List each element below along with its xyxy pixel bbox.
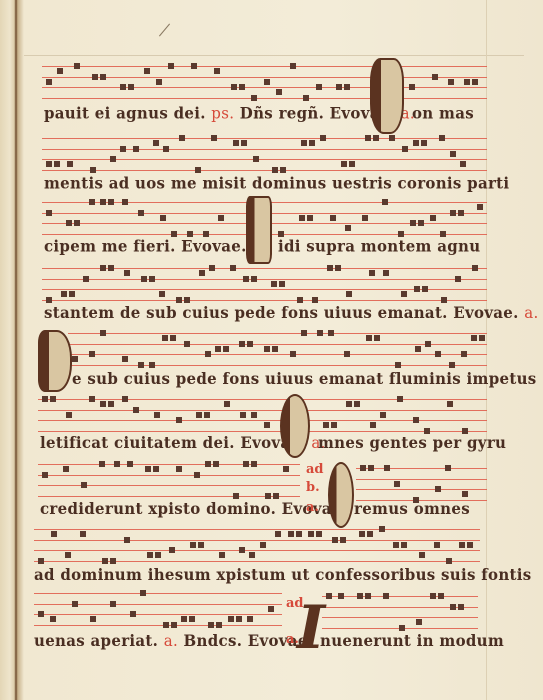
neume-note — [154, 412, 160, 418]
neume-note — [219, 552, 225, 558]
neume-note — [224, 401, 230, 407]
staff-line — [42, 66, 487, 67]
neume-note — [42, 472, 48, 478]
neume-note — [328, 330, 334, 336]
neume-note — [128, 84, 134, 90]
neume-note — [360, 465, 366, 471]
neume-note — [122, 199, 128, 205]
neume-note — [461, 351, 467, 357]
neume-note — [447, 401, 453, 407]
neume-note — [66, 220, 72, 226]
staff-line — [34, 550, 480, 551]
neume-note — [326, 593, 332, 599]
neume-note — [218, 215, 224, 221]
initial-letter: O — [282, 411, 308, 441]
neume-note — [272, 167, 278, 173]
neume-note — [124, 537, 130, 543]
staff-line — [38, 464, 300, 465]
neume-note — [240, 412, 246, 418]
side-rubric: a. — [306, 500, 319, 515]
staff-line — [38, 410, 487, 411]
neume-note — [450, 210, 456, 216]
music-staff — [356, 468, 487, 502]
staff-line — [42, 289, 487, 290]
neume-note — [138, 362, 144, 368]
neume-note — [441, 297, 447, 303]
rubric: ps. — [211, 104, 234, 123]
neume-note — [301, 140, 307, 146]
neume-note — [196, 412, 202, 418]
neume-note — [397, 396, 403, 402]
neume-note — [432, 74, 438, 80]
neume-note — [467, 542, 473, 548]
rubric: a. — [524, 304, 538, 323]
neume-note — [264, 79, 270, 85]
neume-note — [401, 542, 407, 548]
initial-v: V — [246, 196, 272, 264]
staff-line — [34, 529, 480, 530]
neume-note — [171, 622, 177, 628]
neume-note — [455, 276, 461, 282]
neume-note — [458, 604, 464, 610]
neume-note — [341, 161, 347, 167]
neume-note — [462, 491, 468, 497]
neume-note — [418, 220, 424, 226]
neume-note — [458, 210, 464, 216]
music-staff — [42, 268, 487, 302]
lyric-text: mentis ad uos me misit dominus uestris c… — [44, 174, 509, 193]
text-line-5: e sub cuius pede fons uiuus emanat flumi… — [72, 370, 537, 389]
initial-n: N — [370, 58, 404, 134]
staff-line — [42, 279, 487, 280]
neume-note — [140, 590, 146, 596]
neume-note — [383, 593, 389, 599]
text-line-3b: idi supra montem agnu — [278, 237, 480, 256]
text-line-3: cipem me fieri. Evovae. a. — [44, 237, 266, 256]
neume-note — [264, 346, 270, 352]
neume-note — [155, 552, 161, 558]
initial-letter: I — [297, 598, 325, 658]
neume-note — [479, 335, 485, 341]
neume-note — [434, 542, 440, 548]
neume-note — [92, 74, 98, 80]
neume-note — [236, 616, 242, 622]
neume-note — [335, 265, 341, 271]
neume-note — [415, 346, 421, 352]
neume-note — [430, 215, 436, 221]
staff-line — [38, 485, 300, 486]
neume-note — [194, 472, 200, 478]
staff-line — [34, 593, 282, 594]
neume-note — [369, 270, 375, 276]
neume-note — [268, 606, 274, 612]
neume-note — [299, 215, 305, 221]
neume-note — [297, 297, 303, 303]
neume-note — [472, 265, 478, 271]
neume-note — [204, 412, 210, 418]
neume-note — [413, 417, 419, 423]
lyric-text: pauit ei agnus dei. — [44, 104, 206, 123]
text-line-7b: remus omnes — [354, 500, 470, 519]
neume-note — [367, 531, 373, 537]
neume-note — [472, 79, 478, 85]
neume-note — [477, 204, 483, 210]
neume-note — [147, 552, 153, 558]
neume-note — [393, 542, 399, 548]
neume-note — [450, 604, 456, 610]
neume-note — [374, 335, 380, 341]
neume-note — [253, 156, 259, 162]
neume-note — [425, 341, 431, 347]
text-line-6b: mnes gentes per gyru — [318, 434, 506, 453]
neume-note — [184, 341, 190, 347]
neume-note — [74, 220, 80, 226]
neume-note — [435, 351, 441, 357]
neume-note — [416, 619, 422, 625]
neume-note — [399, 625, 405, 631]
neume-note — [323, 422, 329, 428]
neume-note — [205, 351, 211, 357]
neume-note — [110, 601, 116, 607]
neume-note — [359, 531, 365, 537]
staff-line — [356, 489, 487, 490]
neume-note — [288, 531, 294, 537]
neume-note — [402, 146, 408, 152]
text-line-8: ad dominum ihesum xpistum ut confessorib… — [34, 566, 532, 585]
lyric-text: crediderunt xpisto domino. Evovae. — [40, 500, 347, 519]
neume-note — [99, 461, 105, 467]
neume-note — [301, 330, 307, 336]
music-staff — [322, 596, 478, 630]
lyric-text: uenas aperiat. — [34, 632, 158, 651]
staff-line — [34, 614, 282, 615]
neume-note — [163, 622, 169, 628]
neume-note — [108, 199, 114, 205]
neume-note — [308, 531, 314, 537]
neume-note — [251, 461, 257, 467]
neume-note — [141, 276, 147, 282]
neume-note — [280, 167, 286, 173]
neume-note — [46, 79, 52, 85]
text-line-4: stantem de sub cuius pede fons uiuus ema… — [44, 304, 539, 323]
neume-note — [346, 401, 352, 407]
staff-line — [356, 479, 487, 480]
neume-note — [72, 601, 78, 607]
lyric-text: stantem de sub cuius pede fons uiuus ema… — [44, 304, 519, 323]
neume-note — [228, 616, 234, 622]
neume-note — [130, 611, 136, 617]
neume-note — [179, 135, 185, 141]
neume-note — [264, 422, 270, 428]
neume-note — [419, 552, 425, 558]
staff-line — [34, 540, 480, 541]
neume-note — [379, 526, 385, 532]
neume-note — [176, 297, 182, 303]
neume-note — [275, 531, 281, 537]
neume-note — [330, 215, 336, 221]
neume-note — [249, 552, 255, 558]
neume-note — [410, 220, 416, 226]
neume-note — [460, 161, 466, 167]
neume-note — [89, 396, 95, 402]
lyric-text: mnes gentes per gyru — [318, 434, 506, 453]
neume-note — [357, 593, 363, 599]
neume-note — [316, 531, 322, 537]
neume-note — [215, 346, 221, 352]
neume-note — [145, 466, 151, 472]
neume-note — [190, 542, 196, 548]
neume-note — [214, 68, 220, 74]
text-line-1: pauit ei agnus dei. ps. Dñs regñ. Evovae… — [44, 104, 415, 123]
staff-line — [38, 420, 487, 421]
neume-note — [160, 215, 166, 221]
staff-line — [42, 138, 487, 139]
rubric: a. — [164, 632, 178, 651]
ruling-line — [24, 55, 524, 56]
staff-line — [68, 354, 487, 355]
neume-note — [354, 401, 360, 407]
neume-note — [50, 616, 56, 622]
neume-note — [312, 297, 318, 303]
neume-note — [127, 461, 133, 467]
neume-note — [239, 341, 245, 347]
neume-note — [100, 330, 106, 336]
neume-note — [170, 335, 176, 341]
neume-note — [67, 161, 73, 167]
lyric-text: on mas — [412, 104, 474, 123]
staff-line — [322, 596, 478, 597]
neume-note — [383, 270, 389, 276]
neume-note — [338, 593, 344, 599]
neume-note — [346, 291, 352, 297]
neume-note — [265, 493, 271, 499]
neume-note — [332, 537, 338, 543]
initial-letter: N — [373, 81, 400, 111]
neume-note — [382, 199, 388, 205]
neume-note — [100, 401, 106, 407]
staff-line — [68, 333, 487, 334]
neume-note — [89, 351, 95, 357]
text-line-2: mentis ad uos me misit dominus uestris c… — [44, 174, 509, 193]
staff-line — [42, 159, 487, 160]
music-staff — [68, 333, 487, 367]
neume-note — [290, 351, 296, 357]
staff-line — [42, 77, 487, 78]
staff-line — [356, 468, 487, 469]
neume-note — [471, 335, 477, 341]
neume-note — [290, 63, 296, 69]
lyric-text: ad dominum ihesum xpistum ut confessorib… — [34, 566, 532, 585]
neume-note — [65, 552, 71, 558]
neume-note — [373, 135, 379, 141]
neume-note — [448, 79, 454, 85]
neume-note — [89, 199, 95, 205]
neume-note — [100, 265, 106, 271]
neume-note — [272, 346, 278, 352]
music-staff — [34, 593, 282, 627]
neume-note — [430, 593, 436, 599]
side-rubric: b. — [306, 480, 320, 495]
neume-note — [409, 84, 415, 90]
neume-note — [124, 270, 130, 276]
neume-note — [133, 407, 139, 413]
neume-note — [133, 146, 139, 152]
text-line-9b: nuenerunt in modum — [320, 632, 504, 651]
neume-note — [195, 167, 201, 173]
neume-note — [384, 465, 390, 471]
neume-note — [344, 84, 350, 90]
side-rubric: ad — [306, 462, 324, 477]
neume-note — [168, 63, 174, 69]
neume-note — [279, 281, 285, 287]
staff-line — [42, 149, 487, 150]
neume-note — [72, 356, 78, 362]
neume-note — [181, 616, 187, 622]
neume-note — [209, 265, 215, 271]
neume-note — [309, 140, 315, 146]
neume-note — [153, 466, 159, 472]
lyric-text: letificat ciuitatem dei. Evovae. — [40, 434, 306, 453]
neume-note — [90, 167, 96, 173]
neume-note — [51, 531, 57, 537]
neume-note — [276, 89, 282, 95]
lyric-text: nuenerunt in modum — [320, 632, 504, 651]
neume-note — [198, 542, 204, 548]
neume-note — [336, 84, 342, 90]
neume-note — [38, 611, 44, 617]
staff-line — [38, 475, 300, 476]
neume-note — [162, 335, 168, 341]
neume-note — [233, 140, 239, 146]
neume-note — [205, 461, 211, 467]
neume-note — [394, 481, 400, 487]
neume-note — [449, 362, 455, 368]
neume-note — [251, 412, 257, 418]
neume-note — [349, 161, 355, 167]
neume-note — [365, 593, 371, 599]
neume-note — [74, 63, 80, 69]
initial-i: I — [304, 592, 318, 664]
neume-note — [380, 412, 386, 418]
neume-note — [365, 135, 371, 141]
neume-note — [208, 622, 214, 628]
text-line-7: crediderunt xpisto domino. Evovae. — [40, 500, 347, 519]
neume-note — [61, 291, 67, 297]
neume-note — [239, 547, 245, 553]
neume-note — [46, 297, 52, 303]
neume-note — [446, 558, 452, 564]
neume-note — [362, 215, 368, 221]
neume-note — [144, 68, 150, 74]
neume-note — [122, 396, 128, 402]
staff-line — [38, 496, 300, 497]
neume-note — [66, 412, 72, 418]
neume-note — [199, 270, 205, 276]
neume-note — [114, 461, 120, 467]
neume-note — [401, 291, 407, 297]
staff-line — [34, 625, 282, 626]
neume-note — [344, 351, 350, 357]
neume-note — [108, 265, 114, 271]
neume-note — [239, 84, 245, 90]
neume-note — [191, 63, 197, 69]
neume-note — [176, 466, 182, 472]
staff-line — [38, 431, 487, 432]
staff-line — [42, 87, 487, 88]
lyric-text: e sub cuius pede fons uiuus emanat flumi… — [72, 370, 537, 389]
lyric-text: cipem me fieri. Evovae. — [44, 237, 247, 256]
neume-note — [100, 74, 106, 80]
staff-line — [34, 561, 480, 562]
staff-line — [38, 399, 487, 400]
staff-line — [42, 300, 487, 301]
neume-note — [102, 558, 108, 564]
text-line-1b: on mas — [412, 104, 474, 123]
neume-note — [223, 346, 229, 352]
music-staff — [38, 399, 487, 433]
neume-note — [273, 493, 279, 499]
lyric-text: remus omnes — [354, 500, 470, 519]
neume-note — [340, 537, 346, 543]
neume-note — [271, 281, 277, 287]
binding-gutter — [15, 0, 17, 700]
neume-note — [189, 616, 195, 622]
neume-note — [149, 362, 155, 368]
neume-note — [370, 422, 376, 428]
neume-note — [211, 135, 217, 141]
neume-note — [138, 210, 144, 216]
neume-note — [80, 531, 86, 537]
neume-note — [90, 616, 96, 622]
neume-note — [108, 401, 114, 407]
neume-note — [241, 140, 247, 146]
initial-letter: O — [328, 480, 354, 510]
initial-o: O — [280, 394, 310, 458]
neume-note — [120, 146, 126, 152]
neume-note — [438, 593, 444, 599]
initial-letter: D — [42, 346, 68, 376]
staff-line — [42, 170, 487, 171]
neume-note — [169, 547, 175, 553]
neume-note — [120, 84, 126, 90]
neume-note — [389, 135, 395, 141]
neume-note — [184, 297, 190, 303]
neume-note — [83, 276, 89, 282]
neume-note — [42, 396, 48, 402]
neume-note — [421, 140, 427, 146]
neume-note — [63, 466, 69, 472]
neume-note — [307, 215, 313, 221]
neume-note — [413, 140, 419, 146]
staff-line — [68, 365, 487, 366]
neume-note — [366, 335, 372, 341]
music-staff — [34, 529, 480, 563]
neume-note — [69, 291, 75, 297]
staff-line — [42, 98, 487, 99]
neume-note — [176, 417, 182, 423]
neume-note — [216, 622, 222, 628]
neume-note — [163, 146, 169, 152]
staff-line — [322, 617, 478, 618]
neume-note — [327, 265, 333, 271]
neume-note — [345, 225, 351, 231]
neume-note — [247, 341, 253, 347]
neume-note — [230, 265, 236, 271]
neume-note — [422, 286, 428, 292]
neume-note — [435, 486, 441, 492]
neume-note — [159, 291, 165, 297]
initial-o: O — [328, 462, 354, 528]
